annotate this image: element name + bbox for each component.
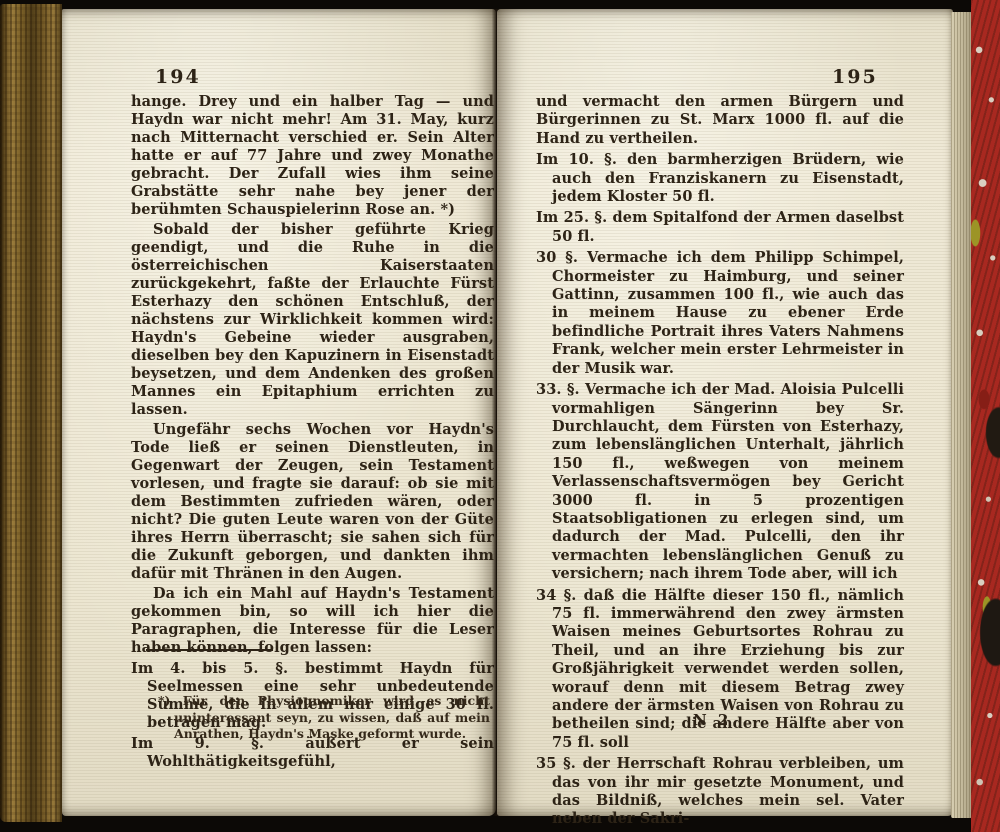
- paragraph: Da ich ein Mahl auf Haydn's Testament ge…: [131, 585, 494, 657]
- paragraph: 30 §. Vermache ich dem Philipp Schimpel,…: [536, 249, 904, 378]
- paragraph: Ungefähr sechs Wochen vor Haydn's Tode l…: [131, 421, 494, 583]
- paragraph: 35 §. der Herrschaft Rohrau verbleiben, …: [536, 755, 904, 829]
- book-spread-photo: 194 hange. Drey und ein halber Tag — und…: [0, 0, 1000, 832]
- signature-mark: N 2: [693, 711, 731, 729]
- book-fore-edge: [0, 4, 62, 822]
- paragraph: Im 10. §. den barmherzigen Brüdern, wie …: [536, 151, 904, 206]
- paragraph: hange. Drey und ein halber Tag — und Hay…: [131, 93, 494, 219]
- page-left: 194 hange. Drey und ein halber Tag — und…: [62, 9, 496, 816]
- paragraph: 33. §. Vermache ich der Mad. Aloisia Pul…: [536, 381, 904, 583]
- page-number-right: 195: [832, 66, 878, 88]
- page-edge-stack: [951, 12, 972, 818]
- page-number-left: 194: [155, 66, 201, 88]
- page-left-body: hange. Drey und ein halber Tag — und Hay…: [131, 93, 494, 771]
- footnote-rule: [146, 649, 273, 651]
- page-right: 195 und vermacht den armen Bürgern und B…: [497, 9, 953, 816]
- paragraph: Im 25. §. dem Spitalfond der Armen dasel…: [536, 209, 904, 246]
- marbled-endpaper: [971, 0, 1000, 832]
- paragraph: Sobald der bisher geführte Krieg geendig…: [131, 221, 494, 419]
- footnote: *) Für den Physiognomiker wird es nicht …: [158, 693, 490, 743]
- paragraph: und vermacht den armen Bürgern und Bürge…: [536, 93, 904, 148]
